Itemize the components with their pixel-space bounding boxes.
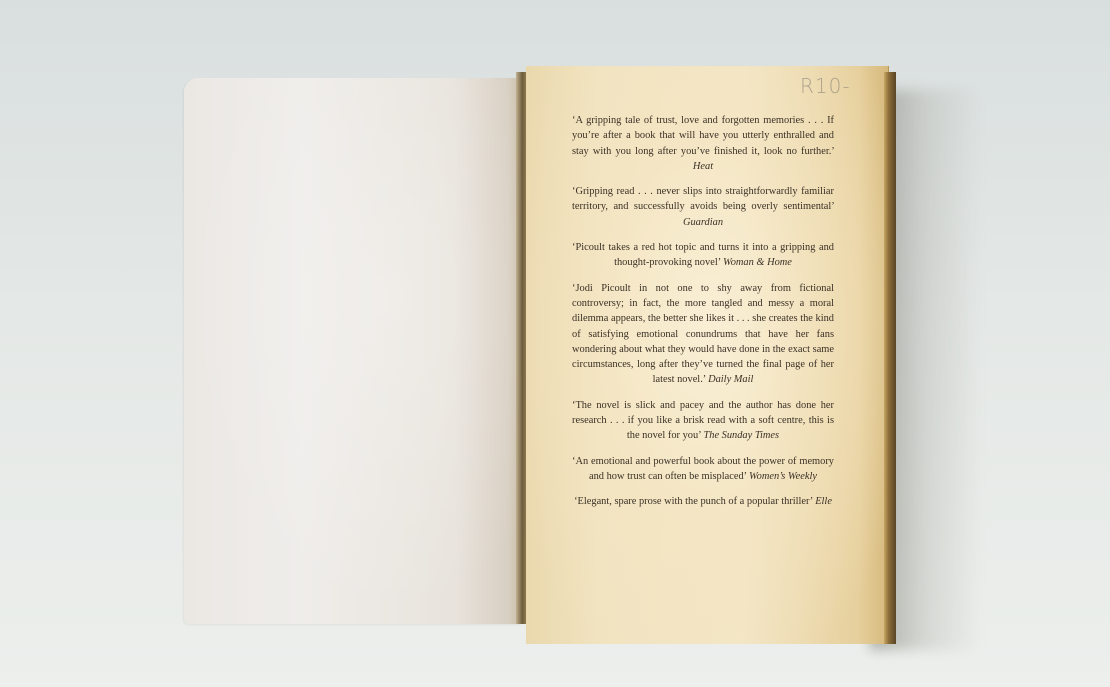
- left-blank-page: [184, 78, 522, 624]
- review-quote: ‘An emotional and powerful book about th…: [572, 454, 834, 485]
- review-quote: ‘Gripping read . . . never slips into st…: [572, 184, 834, 230]
- quote-source: Guardian: [683, 217, 723, 228]
- quote-source: Woman & Home: [723, 257, 792, 268]
- quote-text: ‘Elegant, spare prose with the punch of …: [574, 496, 813, 507]
- review-quote: ‘Jodi Picoult in not one to shy away fro…: [572, 281, 834, 388]
- review-quote: ‘A gripping tale of trust, love and forg…: [572, 113, 834, 174]
- quote-text: ‘Picoult takes a red hot topic and turns…: [572, 242, 834, 268]
- pencil-price-mark: R10-: [800, 74, 851, 98]
- review-quote: ‘The novel is slick and pacey and the au…: [572, 398, 834, 444]
- review-quote: ‘Picoult takes a red hot topic and turns…: [572, 240, 834, 271]
- review-quote: ‘Elegant, spare prose with the punch of …: [572, 494, 834, 509]
- page-block-edge: [884, 72, 896, 644]
- quote-text: ‘A gripping tale of trust, love and forg…: [572, 115, 834, 157]
- review-quotes: ‘A gripping tale of trust, love and forg…: [572, 113, 834, 520]
- quote-text: ‘Gripping read . . . never slips into st…: [572, 186, 834, 212]
- quote-source: Heat: [693, 161, 713, 172]
- quote-source: The Sunday Times: [703, 430, 779, 441]
- quote-source: Daily Mail: [708, 374, 753, 385]
- quote-source: Elle: [815, 496, 832, 507]
- quote-source: Women’s Weekly: [749, 471, 817, 482]
- quote-text: ‘Jodi Picoult in not one to shy away fro…: [572, 283, 834, 386]
